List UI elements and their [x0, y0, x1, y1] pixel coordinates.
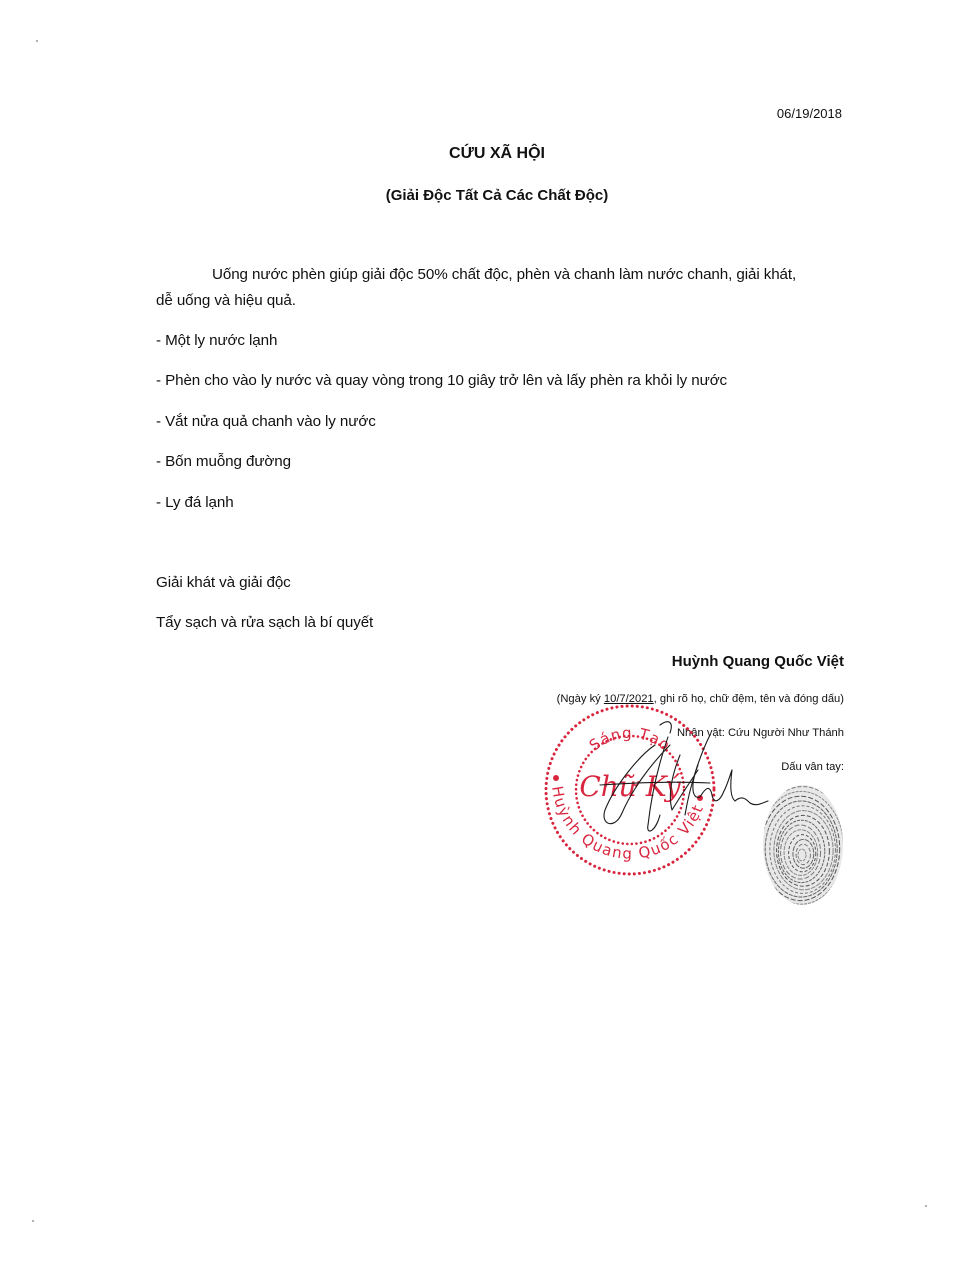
ingredient-item: - Ly đá lạnh: [156, 494, 234, 511]
intro-paragraph-line-1: Uống nước phèn giúp giải độc 50% chất độ…: [212, 266, 796, 283]
intro-paragraph-line-2: dễ uống và hiệu quả.: [156, 292, 296, 309]
signer-name: Huỳnh Quang Quốc Việt: [672, 653, 844, 670]
fingerprint-label: Dấu vân tay:: [781, 761, 844, 773]
ingredient-item: - Phèn cho vào ly nước và quay vòng tron…: [156, 372, 727, 389]
document-subtitle: (Giải Độc Tất Cả Các Chất Độc): [0, 187, 974, 204]
ingredient-item: - Bốn muỗng đường: [156, 453, 291, 470]
closing-line: Giải khát và giải độc: [156, 574, 291, 591]
document-date: 06/19/2018: [777, 106, 842, 121]
signature-icon: [560, 715, 770, 855]
document-title: CỨU XÃ HỘI: [0, 145, 974, 163]
document-page: 06/19/2018 CỨU XÃ HỘI (Giải Độc Tất Cả C…: [0, 0, 974, 1261]
scan-speck: [32, 1220, 34, 1222]
ingredient-item: - Một ly nước lạnh: [156, 332, 277, 349]
scan-speck: [36, 40, 38, 42]
closing-line: Tẩy sạch và rửa sạch là bí quyết: [156, 614, 373, 631]
fingerprint-icon: [760, 783, 846, 907]
ingredient-item: - Vắt nửa quả chanh vào ly nước: [156, 413, 376, 430]
scan-speck: [925, 1205, 927, 1207]
